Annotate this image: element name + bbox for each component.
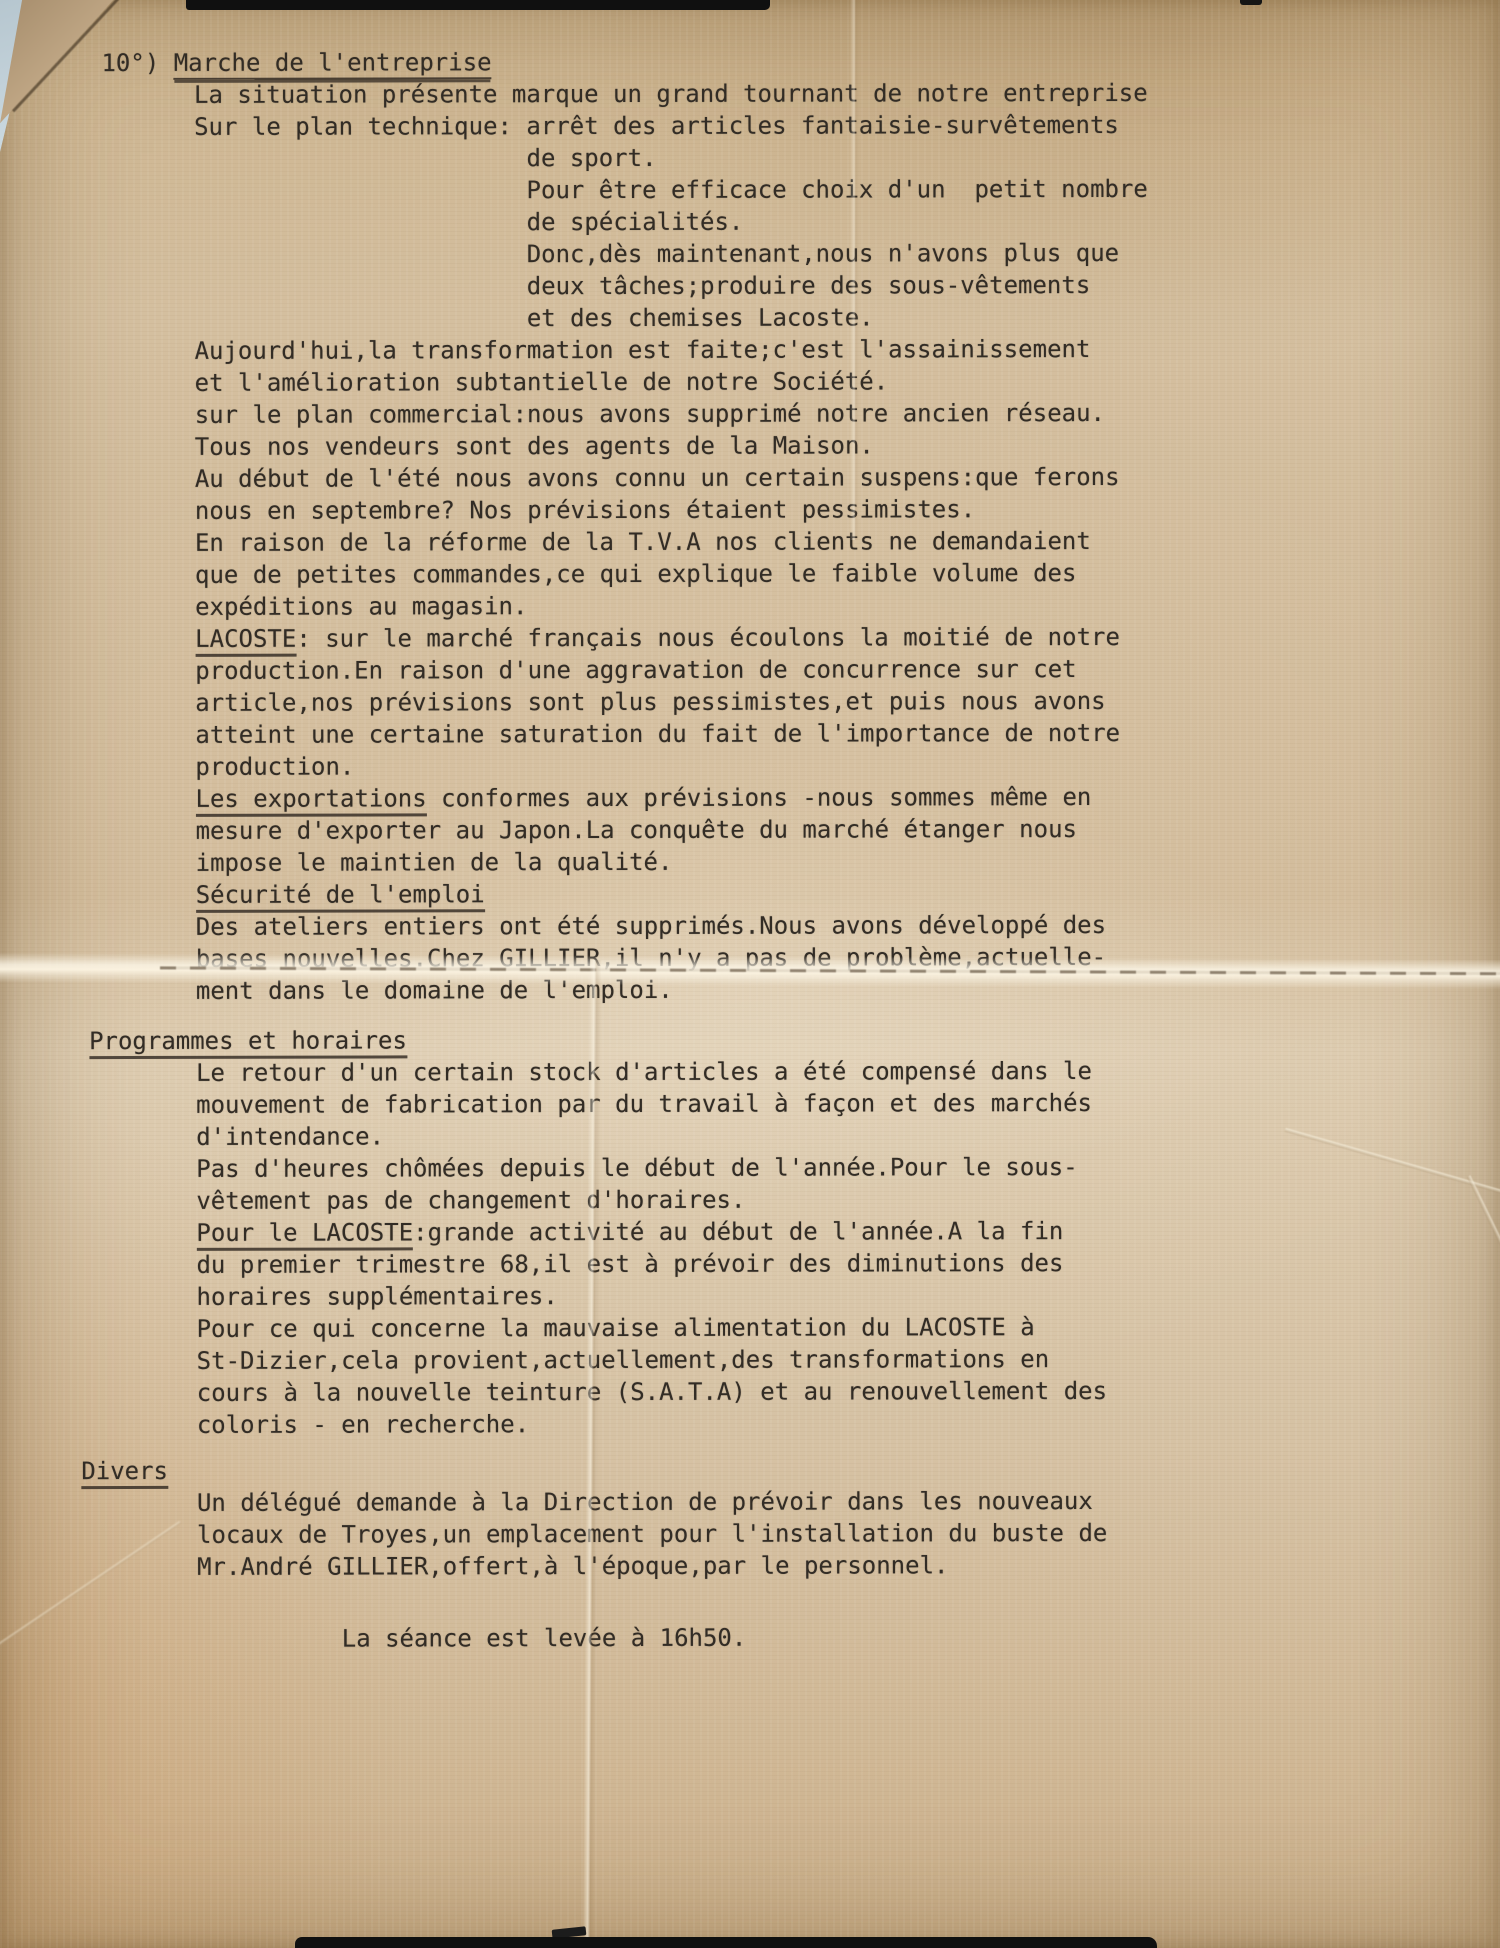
text-line: atteint une certaine saturation du fait …: [80, 717, 1149, 751]
right-edge-crease: [1285, 1128, 1500, 1206]
text-line: Pour le LACOSTE:grande activité au début…: [81, 1215, 1150, 1249]
text-segment: article,nos prévisions sont plus pessimi…: [195, 687, 1105, 717]
section-programmes: Programmes et horairesLe retour d'un cer…: [80, 1023, 1150, 1441]
text-segment: Donc,dès maintenant,nous n'avons plus qu…: [527, 239, 1119, 268]
text-line: de sport.: [79, 141, 1148, 175]
text-line: coloris - en recherche.: [81, 1407, 1150, 1441]
closing-line: La séance est levée à 16h50.: [82, 1621, 1151, 1655]
text-line: Sur le plan technique: arrêt des article…: [78, 109, 1147, 143]
text-segment: Un délégué demande à la Direction de pré…: [197, 1487, 1093, 1517]
text-segment: Sur le plan technique: arrêt des article…: [194, 111, 1119, 141]
text-line: La situation présente marque un grand to…: [78, 77, 1147, 111]
text-line: En raison de la réforme de la T.V.A nos …: [79, 525, 1148, 559]
section-heading-divers: Divers: [81, 1453, 1150, 1487]
text-segment: La situation présente marque un grand to…: [194, 79, 1148, 109]
text-line: et des chemises Lacoste.: [79, 301, 1148, 335]
section-heading-programmes: Programmes et horaires: [80, 1023, 1149, 1057]
text-line: Donc,dès maintenant,nous n'avons plus qu…: [79, 237, 1148, 271]
text-line: Pas d'heures chômées depuis le début de …: [81, 1151, 1150, 1185]
text-segment: coloris - en recherche.: [197, 1410, 529, 1439]
text-segment: du premier trimestre 68,il est à prévoir…: [196, 1249, 1063, 1279]
text-line: deux tâches;produire des sous-vêtements: [79, 269, 1148, 303]
text-segment: bases nouvelles.Chez GILLIER,il n'y a pa…: [196, 943, 1106, 973]
text-segment: : sur le marché français nous écoulons l…: [296, 623, 1120, 653]
text-segment: deux tâches;produire des sous-vêtements: [527, 271, 1091, 300]
text-line: production.: [80, 749, 1149, 783]
text-line: que de petites commandes,ce qui explique…: [79, 557, 1148, 591]
text-line: nous en septembre? Nos prévisions étaien…: [79, 493, 1148, 527]
text-segment: impose le maintien de la qualité.: [196, 848, 673, 877]
text-segment: expéditions au magasin.: [195, 592, 527, 621]
text-line: Pour être efficace choix d'un petit nomb…: [79, 173, 1148, 207]
text-segment: Mr.André GILLIER,offert,à l'époque,par l…: [197, 1551, 948, 1581]
scan-edge-strip-bottom: [295, 1937, 1157, 1948]
text-line: d'intendance.: [81, 1119, 1150, 1153]
text-segment: St-Dizier,cela provient,actuellement,des…: [197, 1345, 1050, 1375]
scan-speck: [1240, 0, 1262, 5]
text-line: horaires supplémentaires.: [81, 1279, 1150, 1313]
section-divers: DiversUn délégué demande à la Direction …: [81, 1453, 1151, 1583]
text-segment: que de petites commandes,ce qui explique…: [195, 559, 1076, 589]
underlined-text: Programmes et horaires: [89, 1026, 407, 1059]
text-segment: de spécialités.: [527, 208, 744, 236]
text-line: vêtement pas de changement d'horaires.: [81, 1183, 1150, 1217]
text-segment: 10°): [101, 49, 173, 77]
text-segment: nous en septembre? Nos prévisions étaien…: [195, 495, 975, 525]
text-line: impose le maintien de la qualité.: [80, 845, 1149, 879]
text-segment: Au début de l'été nous avons connu un ce…: [195, 463, 1120, 493]
section-heading-marche: 10°) Marche de l'entreprise: [78, 45, 1147, 79]
text-line: LACOSTE: sur le marché français nous éco…: [80, 621, 1149, 655]
text-line: mouvement de fabrication par du travail …: [80, 1087, 1149, 1121]
text-segment: Pour être efficace choix d'un petit nomb…: [527, 175, 1148, 204]
underlined-text: Marche de l'entreprise: [174, 48, 492, 80]
text-line: Mr.André GILLIER,offert,à l'époque,par l…: [81, 1549, 1150, 1583]
underlined-text: Les exportations: [195, 784, 426, 816]
section-closing: La séance est levée à 16h50.: [82, 1621, 1151, 1655]
text-line: Des ateliers entiers ont été supprimés.N…: [80, 909, 1149, 943]
subsection-heading-securite: Sécurité de l'emploi: [80, 877, 1149, 911]
text-line: Un délégué demande à la Direction de pré…: [81, 1485, 1150, 1519]
text-line: mesure d'exporter au Japon.La conquête d…: [80, 813, 1149, 847]
text-line: Les exportations conformes aux prévision…: [80, 781, 1149, 815]
underlined-text: LACOSTE: [195, 625, 296, 657]
text-line: expéditions au magasin.: [79, 589, 1148, 623]
text-line: production.En raison d'une aggravation d…: [80, 653, 1149, 687]
text-line: du premier trimestre 68,il est à prévoir…: [81, 1247, 1150, 1281]
text-segment: et des chemises Lacoste.: [527, 303, 874, 332]
text-segment: Des ateliers entiers ont été supprimés.N…: [196, 911, 1106, 941]
text-line: sur le plan commercial:nous avons suppri…: [79, 397, 1148, 431]
text-segment: Le retour d'un certain stock d'articles …: [196, 1057, 1092, 1087]
text-segment: d'intendance.: [196, 1122, 384, 1150]
text-segment: de sport.: [526, 144, 656, 172]
document-text: 10°) Marche de l'entrepriseLa situation …: [78, 45, 1151, 1655]
text-segment: conformes aux prévisions -nous sommes mê…: [427, 783, 1092, 812]
text-segment: production.: [195, 753, 354, 781]
text-line: cours à la nouvelle teinture (S.A.T.A) e…: [81, 1375, 1150, 1409]
text-segment: et l'amélioration subtantielle de notre …: [195, 367, 889, 396]
text-segment: mouvement de fabrication par du travail …: [196, 1089, 1092, 1119]
text-segment: mesure d'exporter au Japon.La conquête d…: [196, 815, 1077, 845]
text-line: locaux de Troyes,un emplacement pour l'i…: [81, 1517, 1150, 1551]
text-segment: Tous nos vendeurs sont des agents de la …: [195, 431, 874, 460]
text-line: Pour ce qui concerne la mauvaise aliment…: [81, 1311, 1150, 1345]
underlined-text: Pour le LACOSTE: [196, 1218, 413, 1250]
text-segment: ment dans le domaine de l'emploi.: [196, 976, 673, 1005]
text-segment: Aujourd'hui,la transformation est faite;…: [195, 335, 1091, 365]
text-line: Aujourd'hui,la transformation est faite;…: [79, 333, 1148, 367]
text-line: bases nouvelles.Chez GILLIER,il n'y a pa…: [80, 941, 1149, 975]
text-line: et l'amélioration subtantielle de notre …: [79, 365, 1148, 399]
section-marche: 10°) Marche de l'entrepriseLa situation …: [78, 45, 1149, 1007]
text-line: article,nos prévisions sont plus pessimi…: [80, 685, 1149, 719]
text-segment: production.En raison d'une aggravation d…: [195, 655, 1076, 685]
text-segment: cours à la nouvelle teinture (S.A.T.A) e…: [197, 1377, 1107, 1407]
text-line: ment dans le domaine de l'emploi.: [80, 973, 1149, 1007]
text-line: Le retour d'un certain stock d'articles …: [80, 1055, 1149, 1089]
underlined-text: Divers: [81, 1457, 168, 1489]
scanned-document-page: 10°) Marche de l'entrepriseLa situation …: [0, 0, 1500, 1948]
text-line: St-Dizier,cela provient,actuellement,des…: [81, 1343, 1150, 1377]
text-segment: :grande activité au début de l'année.A l…: [413, 1217, 1063, 1246]
text-segment: vêtement pas de changement d'horaires.: [196, 1186, 745, 1215]
text-segment: atteint une certaine saturation du fait …: [195, 719, 1120, 749]
underlined-text: Sécurité de l'emploi: [196, 880, 485, 913]
text-segment: locaux de Troyes,un emplacement pour l'i…: [197, 1519, 1107, 1549]
text-line: Tous nos vendeurs sont des agents de la …: [79, 429, 1148, 463]
text-segment: Pour ce qui concerne la mauvaise aliment…: [197, 1313, 1035, 1343]
text-segment: En raison de la réforme de la T.V.A nos …: [195, 527, 1091, 557]
text-segment: horaires supplémentaires.: [196, 1282, 557, 1311]
scan-edge-strip-top: [186, 0, 770, 10]
text-segment: Pas d'heures chômées depuis le début de …: [196, 1153, 1077, 1183]
text-line: Au début de l'été nous avons connu un ce…: [79, 461, 1148, 495]
text-segment: La séance est levée à 16h50.: [342, 1624, 747, 1653]
text-line: de spécialités.: [79, 205, 1148, 239]
right-edge-crease: [1467, 1175, 1500, 1339]
text-segment: sur le plan commercial:nous avons suppri…: [195, 399, 1105, 429]
